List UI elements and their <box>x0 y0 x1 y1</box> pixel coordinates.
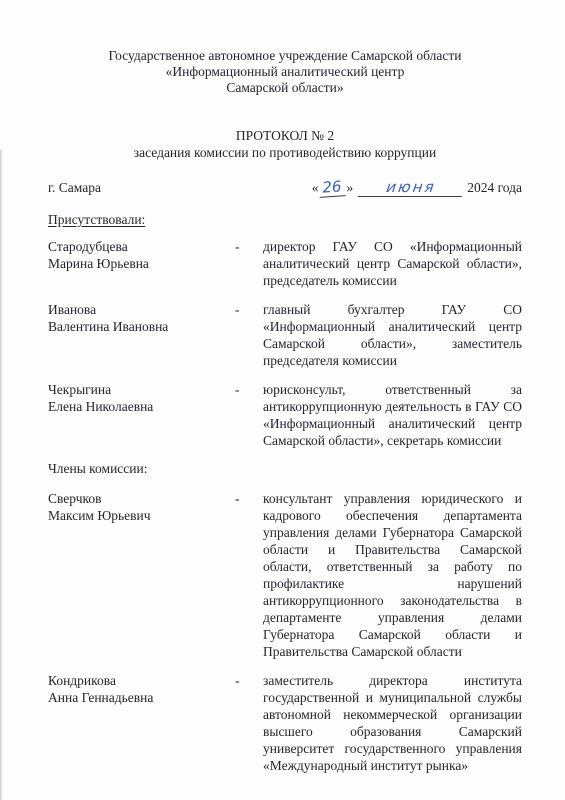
person-given-names: Елена Николаевна <box>48 398 235 415</box>
org-line-3: Самарской области» <box>48 80 522 96</box>
person-given-names: Анна Геннадьевна <box>48 689 235 706</box>
date-close-quote: » <box>346 180 353 195</box>
commission-member-row: Сверчков Максим Юрьевич - консультант уп… <box>48 490 522 660</box>
person-name: Чекрыгина Елена Николаевна <box>48 381 235 449</box>
commission-member-row: Стародубцева Марина Юрьевна - директор Г… <box>48 238 522 289</box>
city-label: г. Самара <box>48 180 101 196</box>
person-role: заместитель директора института государс… <box>263 672 522 774</box>
protocol-subtitle: заседания комиссии по противодействию ко… <box>48 144 522 161</box>
members-heading: Члены комиссии: <box>48 461 522 477</box>
person-given-names: Максим Юрьевич <box>48 507 235 524</box>
dash-separator: - <box>235 238 263 289</box>
present-heading: Присутствовали: <box>48 212 522 228</box>
dash-separator: - <box>235 490 263 660</box>
date-month-handwritten: июня <box>358 178 465 197</box>
person-name: Кондрикова Анна Геннадьевна <box>48 672 235 774</box>
person-surname: Сверчков <box>48 490 235 507</box>
org-line-2: «Информационный аналитический центр <box>48 64 522 80</box>
person-name: Иванова Валентина Ивановна <box>48 301 235 369</box>
person-surname: Иванова <box>48 301 235 318</box>
person-role: юрисконсульт, ответственный за антикорру… <box>263 381 522 449</box>
person-name: Стародубцева Марина Юрьевна <box>48 238 235 289</box>
person-surname: Стародубцева <box>48 238 235 255</box>
person-role: директор ГАУ СО «Информационный аналитич… <box>263 238 522 289</box>
org-line-1: Государственное автономное учреждение Са… <box>48 48 522 64</box>
dash-separator: - <box>235 301 263 369</box>
protocol-title: ПРОТОКОЛ № 2 <box>48 127 522 144</box>
person-name: Сверчков Максим Юрьевич <box>48 490 235 660</box>
document-page: Государственное автономное учреждение Са… <box>0 0 565 774</box>
commission-member-row: Иванова Валентина Ивановна - главный бух… <box>48 301 522 369</box>
members-list: Сверчков Максим Юрьевич - консультант уп… <box>48 490 522 774</box>
attendees-list: Стародубцева Марина Юрьевна - директор Г… <box>48 238 522 449</box>
date-day-handwritten: 26 <box>319 177 346 198</box>
person-role: консультант управления юридического и ка… <box>263 490 522 660</box>
person-surname: Чекрыгина <box>48 381 235 398</box>
date-open-quote: « <box>312 180 319 195</box>
commission-member-row: Чекрыгина Елена Николаевна - юрисконсуль… <box>48 381 522 449</box>
city-date-row: г. Самара «26»июня2024 года <box>48 178 522 197</box>
commission-member-row: Кондрикова Анна Геннадьевна - заместител… <box>48 672 522 774</box>
person-given-names: Валентина Ивановна <box>48 318 235 335</box>
dash-separator: - <box>235 672 263 774</box>
date-line: «26»июня2024 года <box>312 178 522 197</box>
person-given-names: Марина Юрьевна <box>48 255 235 272</box>
person-surname: Кондрикова <box>48 672 235 689</box>
protocol-title-block: ПРОТОКОЛ № 2 заседания комиссии по проти… <box>48 127 522 161</box>
organization-header: Государственное автономное учреждение Са… <box>48 48 522 96</box>
date-year: 2024 года <box>467 180 522 195</box>
person-role: главный бухгалтер ГАУ СО «Информационный… <box>263 301 522 369</box>
dash-separator: - <box>235 381 263 449</box>
